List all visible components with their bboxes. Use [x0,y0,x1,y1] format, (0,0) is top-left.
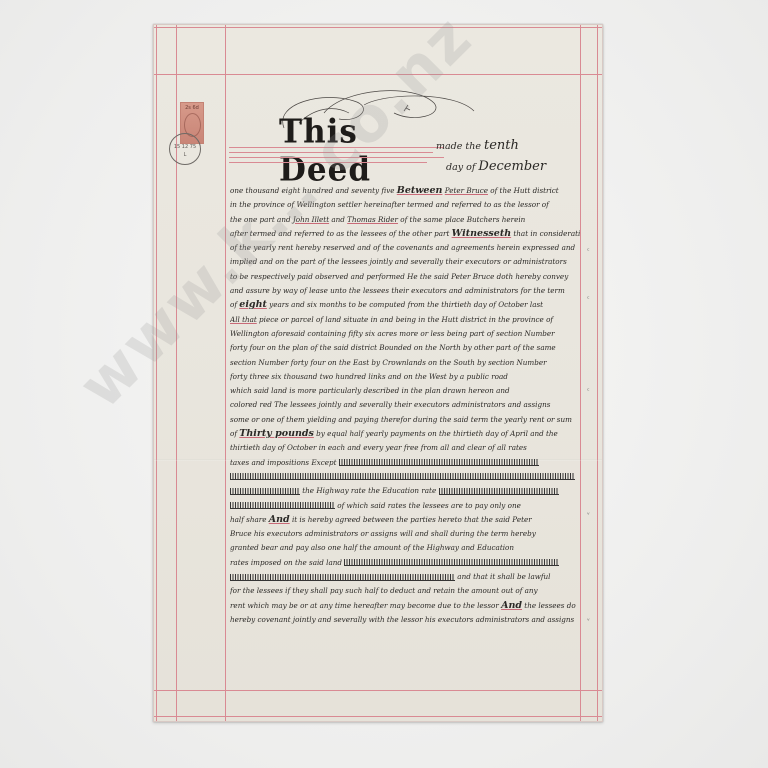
deed-text: the one part and [230,215,293,224]
deed-line: in the province of Wellington settler he… [230,198,580,212]
deed-line: the one part and John Illett and Thomas … [230,213,580,227]
ruled-line-vertical [597,25,598,721]
deed-line: thirtieth day of October in each and eve… [230,441,580,455]
postmark-letter: L [184,152,187,158]
deed-text: granted bear and pay also one half the a… [230,543,514,552]
deed-line: some or one of them yielding and paying … [230,413,580,427]
deed-page: 2s 6d 15 12 75 L This Deed made the tent… [153,24,603,722]
deed-text: and [329,215,347,224]
deed-line: of Thirty pounds by equal half yearly pa… [230,427,580,441]
deed-text: after termed and referred to as the less… [230,229,452,238]
deed-emphasis: Thirty pounds [239,428,314,439]
ruled-line-vertical [176,25,177,721]
struck-out-text [344,559,559,566]
deed-name: All that [230,315,257,324]
deed-text: that in consideration [511,229,580,238]
deed-text: taxes and impositions Except [230,458,339,467]
deed-line: granted bear and pay also one half the a… [230,541,580,555]
deed-line: of eight years and six months to be comp… [230,298,580,312]
deed-text: by equal half yearly payments on the thi… [314,429,558,438]
stamp-value: 2s 6d [181,105,203,111]
deed-line: section Number forty four on the East by… [230,356,580,370]
deed-line: hereby covenant jointly and severally wi… [230,613,580,627]
deed-text: forty four on the plan of the said distr… [230,343,556,352]
struck-out-text [230,488,300,495]
ruled-line-horizontal [154,74,602,75]
deed-emphasis: Witnesseth [452,228,512,239]
deed-text: years and six months to be computed from… [267,300,543,309]
deed-body: one thousand eight hundred and seventy f… [230,184,580,627]
deed-text: colored red The lessees jointly and seve… [230,400,550,409]
day-value: tenth [484,138,519,153]
deed-line: one thousand eight hundred and seventy f… [230,184,580,198]
deed-line [230,470,580,484]
deed-line: Wellington aforesaid containing fifty si… [230,327,580,341]
deed-emphasis: And [501,600,522,611]
deed-text: section Number forty four on the East by… [230,358,547,367]
date-made-line: made the tenth [436,138,519,153]
deed-text: hereby covenant jointly and severally wi… [230,615,574,624]
deed-text: and that it shall be lawful [455,572,550,581]
deed-line: Bruce his executors administrators or as… [230,527,580,541]
deed-name: John Illett [293,215,329,224]
margin-mark: ᶜ [587,387,590,395]
deed-text: some or one of them yielding and paying … [230,415,572,424]
deed-text: of the Hutt district [488,186,559,195]
deed-text: of which said rates the lessees are to p… [335,501,521,510]
deed-text: of [230,429,239,438]
deed-text: and assure by way of lease unto the less… [230,286,565,295]
postmark: 15 12 75 L [169,133,201,165]
deed-text: piece or parcel of land situate in and b… [257,315,553,324]
deed-line: colored red The lessees jointly and seve… [230,398,580,412]
ruled-line-vertical [156,25,157,721]
margin-mark: ᵛ [587,511,590,519]
deed-text: thirtieth day of October in each and eve… [230,443,527,452]
made-label: made the [436,141,481,152]
deed-text: Wellington aforesaid containing fifty si… [230,329,555,338]
deed-line: for the lessees if they shall pay such h… [230,584,580,598]
date-month-line: day of December [446,159,546,174]
deed-line: forty three six thousand two hundred lin… [230,370,580,384]
deed-text: one thousand eight hundred and seventy f… [230,186,397,195]
deed-emphasis: Between [397,185,443,196]
title-underlines [229,147,444,167]
deed-text: rates imposed on the said land [230,558,344,567]
deed-line: rates imposed on the said land [230,556,580,570]
deed-line: rent which may be or at any time hereaft… [230,599,580,613]
deed-text: to be respectively paid observed and per… [230,272,568,281]
margin-mark: ᵛ [587,617,590,625]
deed-line: of which said rates the lessees are to p… [230,499,580,513]
margin-mark: ᶜ [587,247,590,255]
deed-name: Thomas Rider [347,215,398,224]
deed-text: in the province of Wellington settler he… [230,200,549,209]
postmark-date: 15 12 75 [170,143,200,151]
deed-line: the Highway rate the Education rate [230,484,580,498]
margin-mark: ᶜ [587,295,590,303]
deed-text: rent which may be or at any time hereaft… [230,601,501,610]
struck-out-text [230,574,455,581]
deed-text: of the same place Butchers herein [398,215,525,224]
deed-text: half share [230,515,269,524]
deed-line: and that it shall be lawful [230,570,580,584]
deed-line: taxes and impositions Except [230,456,580,470]
ruled-line-vertical [580,25,581,721]
ruled-line-vertical [225,25,226,721]
deed-line: All that piece or parcel of land situate… [230,313,580,327]
ruled-line-horizontal [154,716,602,717]
struck-out-text [230,473,575,480]
deed-emphasis: And [269,514,290,525]
deed-emphasis: eight [239,299,267,310]
deed-text: of [230,300,239,309]
deed-text: the lessees do [522,601,576,610]
deed-text: for the lessees if they shall pay such h… [230,586,538,595]
deed-text: the Highway rate the Education rate [300,486,439,495]
ruled-line-horizontal [154,690,602,691]
deed-line: to be respectively paid observed and per… [230,270,580,284]
deed-line: of the yearly rent hereby reserved and o… [230,241,580,255]
struck-out-text [230,502,335,509]
deed-line: which said land is more particularly des… [230,384,580,398]
deed-line: after termed and referred to as the less… [230,227,580,241]
deed-text: it is hereby agreed between the parties … [290,515,532,524]
struck-out-text [339,459,539,466]
deed-line: implied and on the part of the lessees j… [230,255,580,269]
deed-text: of the yearly rent hereby reserved and o… [230,243,575,252]
day-of-label: day of [446,162,475,173]
deed-line: and assure by way of lease unto the less… [230,284,580,298]
deed-text: forty three six thousand two hundred lin… [230,372,508,381]
deed-line: half share And it is hereby agreed betwe… [230,513,580,527]
deed-name: Peter Bruce [445,186,488,195]
struck-out-text [439,488,559,495]
deed-line: forty four on the plan of the said distr… [230,341,580,355]
month-value: December [478,159,546,174]
deed-text: Bruce his executors administrators or as… [230,529,536,538]
deed-text: which said land is more particularly des… [230,386,510,395]
ruled-line-horizontal [154,27,602,28]
deed-text: implied and on the part of the lessees j… [230,257,567,266]
